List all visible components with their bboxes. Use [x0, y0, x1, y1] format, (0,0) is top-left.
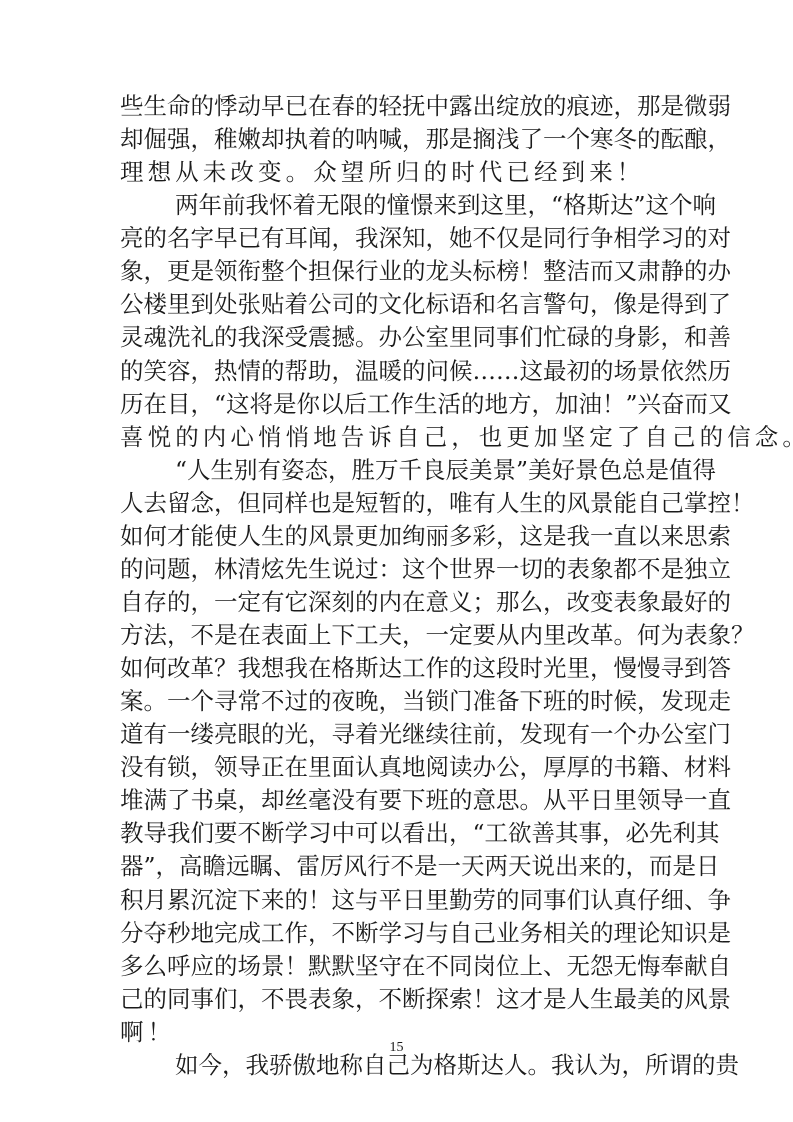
text-line: 的笑容，热情的帮助，温暖的问候……这最初的场景依然历 [120, 355, 676, 388]
text-line: “人生别有姿态，胜万千良辰美景”美好景色总是值得 [120, 454, 676, 487]
text-line: 些生命的悸动早已在春的轻抚中露出绽放的痕迹，那是微弱 [120, 90, 676, 123]
text-line: 亮的名字早已有耳闻，我深知，她不仅是同行争相学习的对 [120, 222, 676, 255]
text-line: 的问题，林清炫先生说过：这个世界一切的表象都不是独立 [120, 553, 676, 586]
text-line: 没有锁，领导正在里面认真地阅读办公，厚厚的书籍、材料 [120, 751, 676, 784]
text-line: 历在目，“这将是你以后工作生活的地方，加油！”兴奋而又 [120, 388, 676, 421]
text-line: 理想从未改变。众望所归的时代已经到来！ [120, 156, 676, 189]
text-line: 器”，高瞻远瞩、雷厉风行不是一天两天说出来的，而是日 [120, 850, 676, 883]
text-line: 公楼里到处张贴着公司的文化标语和名言警句，像是得到了 [120, 288, 676, 321]
text-line: 教导我们要不断学习中可以看出，“工欲善其事，必先利其 [120, 817, 676, 850]
text-line: 自存的，一定有它深刻的内在意义；那么，改变表象最好的 [120, 586, 676, 619]
text-line: 喜悦的内心悄悄地告诉自己，也更加坚定了自己的信念。 [120, 421, 676, 454]
body-text: 些生命的悸动早已在春的轻抚中露出绽放的痕迹，那是微弱却倔强，稚嫩却执着的呐喊，那… [120, 90, 676, 1082]
text-line: 堆满了书桌，却丝毫没有要下班的意思。从平日里领导一直 [120, 784, 676, 817]
text-line: 人去留念，但同样也是短暂的，唯有人生的风景能自己掌控！ [120, 487, 676, 520]
text-line: 却倔强，稚嫩却执着的呐喊，那是搁浅了一个寒冬的酝酿， [120, 123, 676, 156]
text-line: 道有一缕亮眼的光，寻着光继续往前，发现有一个办公室门 [120, 718, 676, 751]
text-line: 灵魂洗礼的我深受震撼。办公室里同事们忙碌的身影，和善 [120, 321, 676, 354]
text-line: 象，更是领衔整个担保行业的龙头标榜！整洁而又肃静的办 [120, 255, 676, 288]
text-line: 分夺秒地完成工作，不断学习与自己业务相关的理论知识是 [120, 917, 676, 950]
text-line: 多么呼应的场景！默默坚守在不同岗位上、无怨无悔奉献自 [120, 950, 676, 983]
text-line: 如何改革？我想我在格斯达工作的这段时光里，慢慢寻到答 [120, 652, 676, 685]
text-line: 己的同事们，不畏表象，不断探索！这才是人生最美的风景 [120, 983, 676, 1016]
text-line: 积月累沉淀下来的！这与平日里勤劳的同事们认真仔细、争 [120, 884, 676, 917]
text-line: 案。一个寻常不过的夜晚，当锁门准备下班的时候，发现走 [120, 685, 676, 718]
document-page: 些生命的悸动早已在春的轻抚中露出绽放的痕迹，那是微弱却倔强，稚嫩却执着的呐喊，那… [0, 0, 793, 1122]
text-line: 如何才能使人生的风景更加绚丽多彩，这是我一直以来思索 [120, 520, 676, 553]
page-number: 15 [0, 1040, 793, 1056]
text-line: 两年前我怀着无限的憧憬来到这里，“格斯达”这个响 [120, 189, 676, 222]
text-line: 方法，不是在表面上下工夫，一定要从内里改革。何为表象？ [120, 619, 676, 652]
